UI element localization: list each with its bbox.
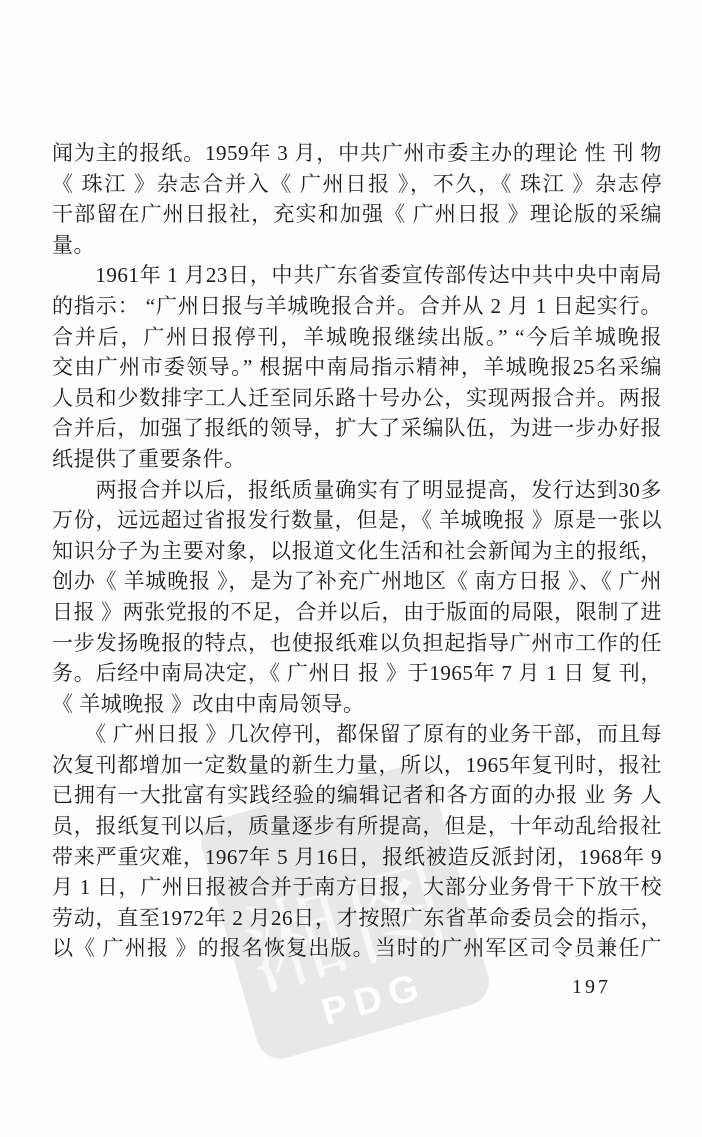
text-line: 闻为主的报纸。1959年 3 月，中共广州市委主办的理论 性 刊 物 xyxy=(52,138,662,169)
text-line: 人员和少数排字工人迁至同乐路十号办公，实现两报合并。两报 xyxy=(52,383,662,414)
text-line: 带来严重灾难，1967年 5 月16日，报纸被造反派封闭，1968年 9 xyxy=(52,842,662,873)
text-line: 两报合并以后，报纸质量确实有了明显提高，发行达到30多 xyxy=(52,475,662,506)
text-line: 交由广州市委领导。” 根据中南局指示精神，羊城晚报25名采编 xyxy=(52,352,662,383)
text-line: 《 珠江 》杂志合并入《 广州日报 》，不久，《 珠江 》杂志停刊， xyxy=(52,169,662,200)
book-page: 湘图 PDG 闻为主的报纸。1959年 3 月，中共广州市委主办的理论 性 刊 … xyxy=(0,0,702,1137)
text-line: 《 羊城晚报 》改由中南局领导。 xyxy=(52,689,662,720)
text-line: 以《 广州报 》的报名恢复出版。当时的广州军区司令员兼任广东 xyxy=(52,933,662,964)
text-line: 员，报纸复刊以后，质量逐步有所提高，但是，十年动乱给报社 xyxy=(52,811,662,842)
text-line: 合并后，广州日报停刊，羊城晚报继续出版。” “今后羊城晚报 xyxy=(52,322,662,353)
text-line: 纸提供了重要条件。 xyxy=(52,444,662,475)
text-line: 万份，远远超过省报发行数量，但是，《 羊城晚报 》原是一张以 xyxy=(52,505,662,536)
text-line: 的指示： “广州日报与羊城晚报合并。合并从 2 月 1 日起实行。 xyxy=(52,291,662,322)
text-line: 日报 》两张党报的不足，合并以后，由于版面的局限，限制了进 xyxy=(52,597,662,628)
text-line: 合并后，加强了报纸的领导，扩大了采编队伍，为进一步办好报 xyxy=(52,413,662,444)
text-line: 一步发扬晚报的特点，也使报纸难以负担起指导广州市工作的任 xyxy=(52,628,662,659)
text-line: 劳动，直至1972年 2 月26日，才按照广东省革命委员会的指示， xyxy=(52,903,662,934)
text-line: 1961年 1 月23日，中共广东省委宣传部传达中共中央中南局 xyxy=(52,260,662,291)
page-number: 197 xyxy=(572,976,611,999)
text-line: 次复刊都增加一定数量的新生力量，所以，1965年复刊时，报社 xyxy=(52,750,662,781)
text-line: 已拥有一大批富有实践经验的编辑记者和各方面的办报 业 务 人 xyxy=(52,780,662,811)
text-line: 知识分子为主要对象，以报道文化生活和社会新闻为主的报纸， xyxy=(52,536,662,567)
text-line: 量。 xyxy=(52,230,662,261)
text-line: 《 广州日报 》几次停刊，都保留了原有的业务干部，而且每 xyxy=(52,719,662,750)
text-line: 月 1 日，广州日报被合并于南方日报，大部分业务骨干下放干校 xyxy=(52,872,662,903)
text-line: 务。后经中南局决定，《 广州日 报 》于1965年 7 月 1 日 复 刊， xyxy=(52,658,662,689)
text-line: 创办《 羊城晚报 》，是为了补充广州地区《 南方日报 》、《 广州 xyxy=(52,566,662,597)
text-block: 闻为主的报纸。1959年 3 月，中共广州市委主办的理论 性 刊 物《 珠江 》… xyxy=(52,138,662,964)
text-line: 干部留在广州日报社，充实和加强《 广州日报 》理论版的采编力 xyxy=(52,199,662,230)
